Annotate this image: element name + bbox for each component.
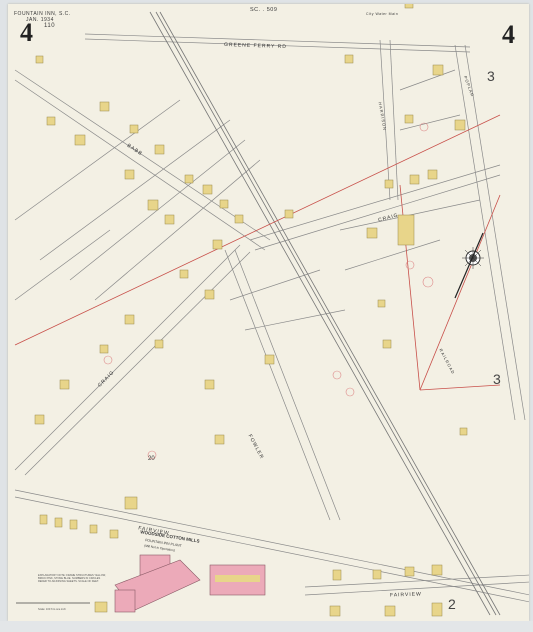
map-sheet: FOUNTAIN INN, S.C. JAN. 1934 4 110 SC. .…	[8, 4, 529, 621]
city-water-main-label: City Water Main	[366, 12, 398, 16]
compass-rose	[455, 233, 484, 298]
road-lines	[15, 34, 529, 602]
block-number: 2	[448, 596, 456, 612]
frame-buildings	[35, 4, 467, 616]
page-ref: 110	[44, 23, 55, 29]
mill-buildings	[115, 555, 265, 612]
street-fairview-lower: FAIRVIEW	[390, 591, 422, 598]
railroad-track	[150, 12, 500, 615]
block-number: 20	[148, 456, 155, 462]
scale-caption: Scale: 100 ft to one inch	[38, 608, 66, 611]
block-number: 3	[487, 68, 495, 84]
sheet-number-left: 4	[20, 18, 33, 48]
map-drawing	[8, 4, 529, 621]
block-number: 3	[493, 371, 501, 387]
red-survey-lines	[15, 115, 500, 390]
sheet-number-right: 4	[502, 20, 515, 50]
scan-background	[0, 621, 533, 632]
mill-frame-annex	[215, 575, 260, 582]
section-ref: SC. . 509	[250, 7, 277, 13]
legend-note: EXPLANATORY NOTE: FRAME STRUCTURES YELLO…	[38, 574, 108, 583]
